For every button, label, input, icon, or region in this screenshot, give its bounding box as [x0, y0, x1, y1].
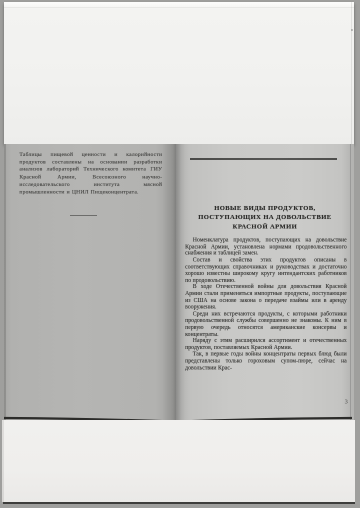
paragraph: Состав и свойства этих продуктов описаны… — [185, 257, 347, 284]
left-page: Таблицы пищевой ценности и калорийности … — [4, 144, 176, 420]
section-divider-rule — [70, 215, 97, 216]
scan-speck — [351, 29, 353, 31]
page-block-bottom-line — [3, 502, 355, 504]
chapter-title-line: НОВЫЕ ВИДЫ ПРОДУКТОВ, — [184, 204, 345, 213]
chapter-body: Номенклатура продуктов, поступающих на д… — [185, 237, 347, 371]
paragraph: Среди них встречаются продукты, с которы… — [185, 310, 347, 337]
right-page: НОВЫЕ ВИДЫ ПРОДУКТОВ, ПОСТУПАЮЩИХ НА ДОВ… — [176, 144, 354, 420]
source-note: Таблицы пищевой ценности и калорийности … — [19, 151, 162, 196]
paragraph: В ходе Отечественной войны для довольств… — [185, 284, 347, 311]
page-block-edge — [2, 420, 355, 502]
blank-top-page — [4, 2, 354, 144]
page-number: 3 — [331, 398, 348, 405]
paragraph: Наряду с этим расширился ассортимент и о… — [185, 337, 347, 350]
chapter-title-line: ПОСТУПАЮЩИХ НА ДОВОЛЬСТВИЕ — [184, 214, 345, 223]
right-page-content: НОВЫЕ ВИДЫ ПРОДУКТОВ, ПОСТУПАЮЩИХ НА ДОВ… — [176, 144, 354, 371]
chapter-title: НОВЫЕ ВИДЫ ПРОДУКТОВ, ПОСТУПАЮЩИХ НА ДОВ… — [184, 204, 345, 232]
chapter-title-line: КРАСНОЙ АРМИИ — [184, 223, 345, 232]
book-scan: Таблицы пищевой ценности и калорийности … — [0, 0, 360, 508]
paragraph: Номенклатура продуктов, поступающих на д… — [185, 237, 347, 257]
paragraph: Так, в первые годы войны концентраты пер… — [185, 351, 347, 371]
left-page-content: Таблицы пищевой ценности и калорийности … — [4, 144, 176, 196]
